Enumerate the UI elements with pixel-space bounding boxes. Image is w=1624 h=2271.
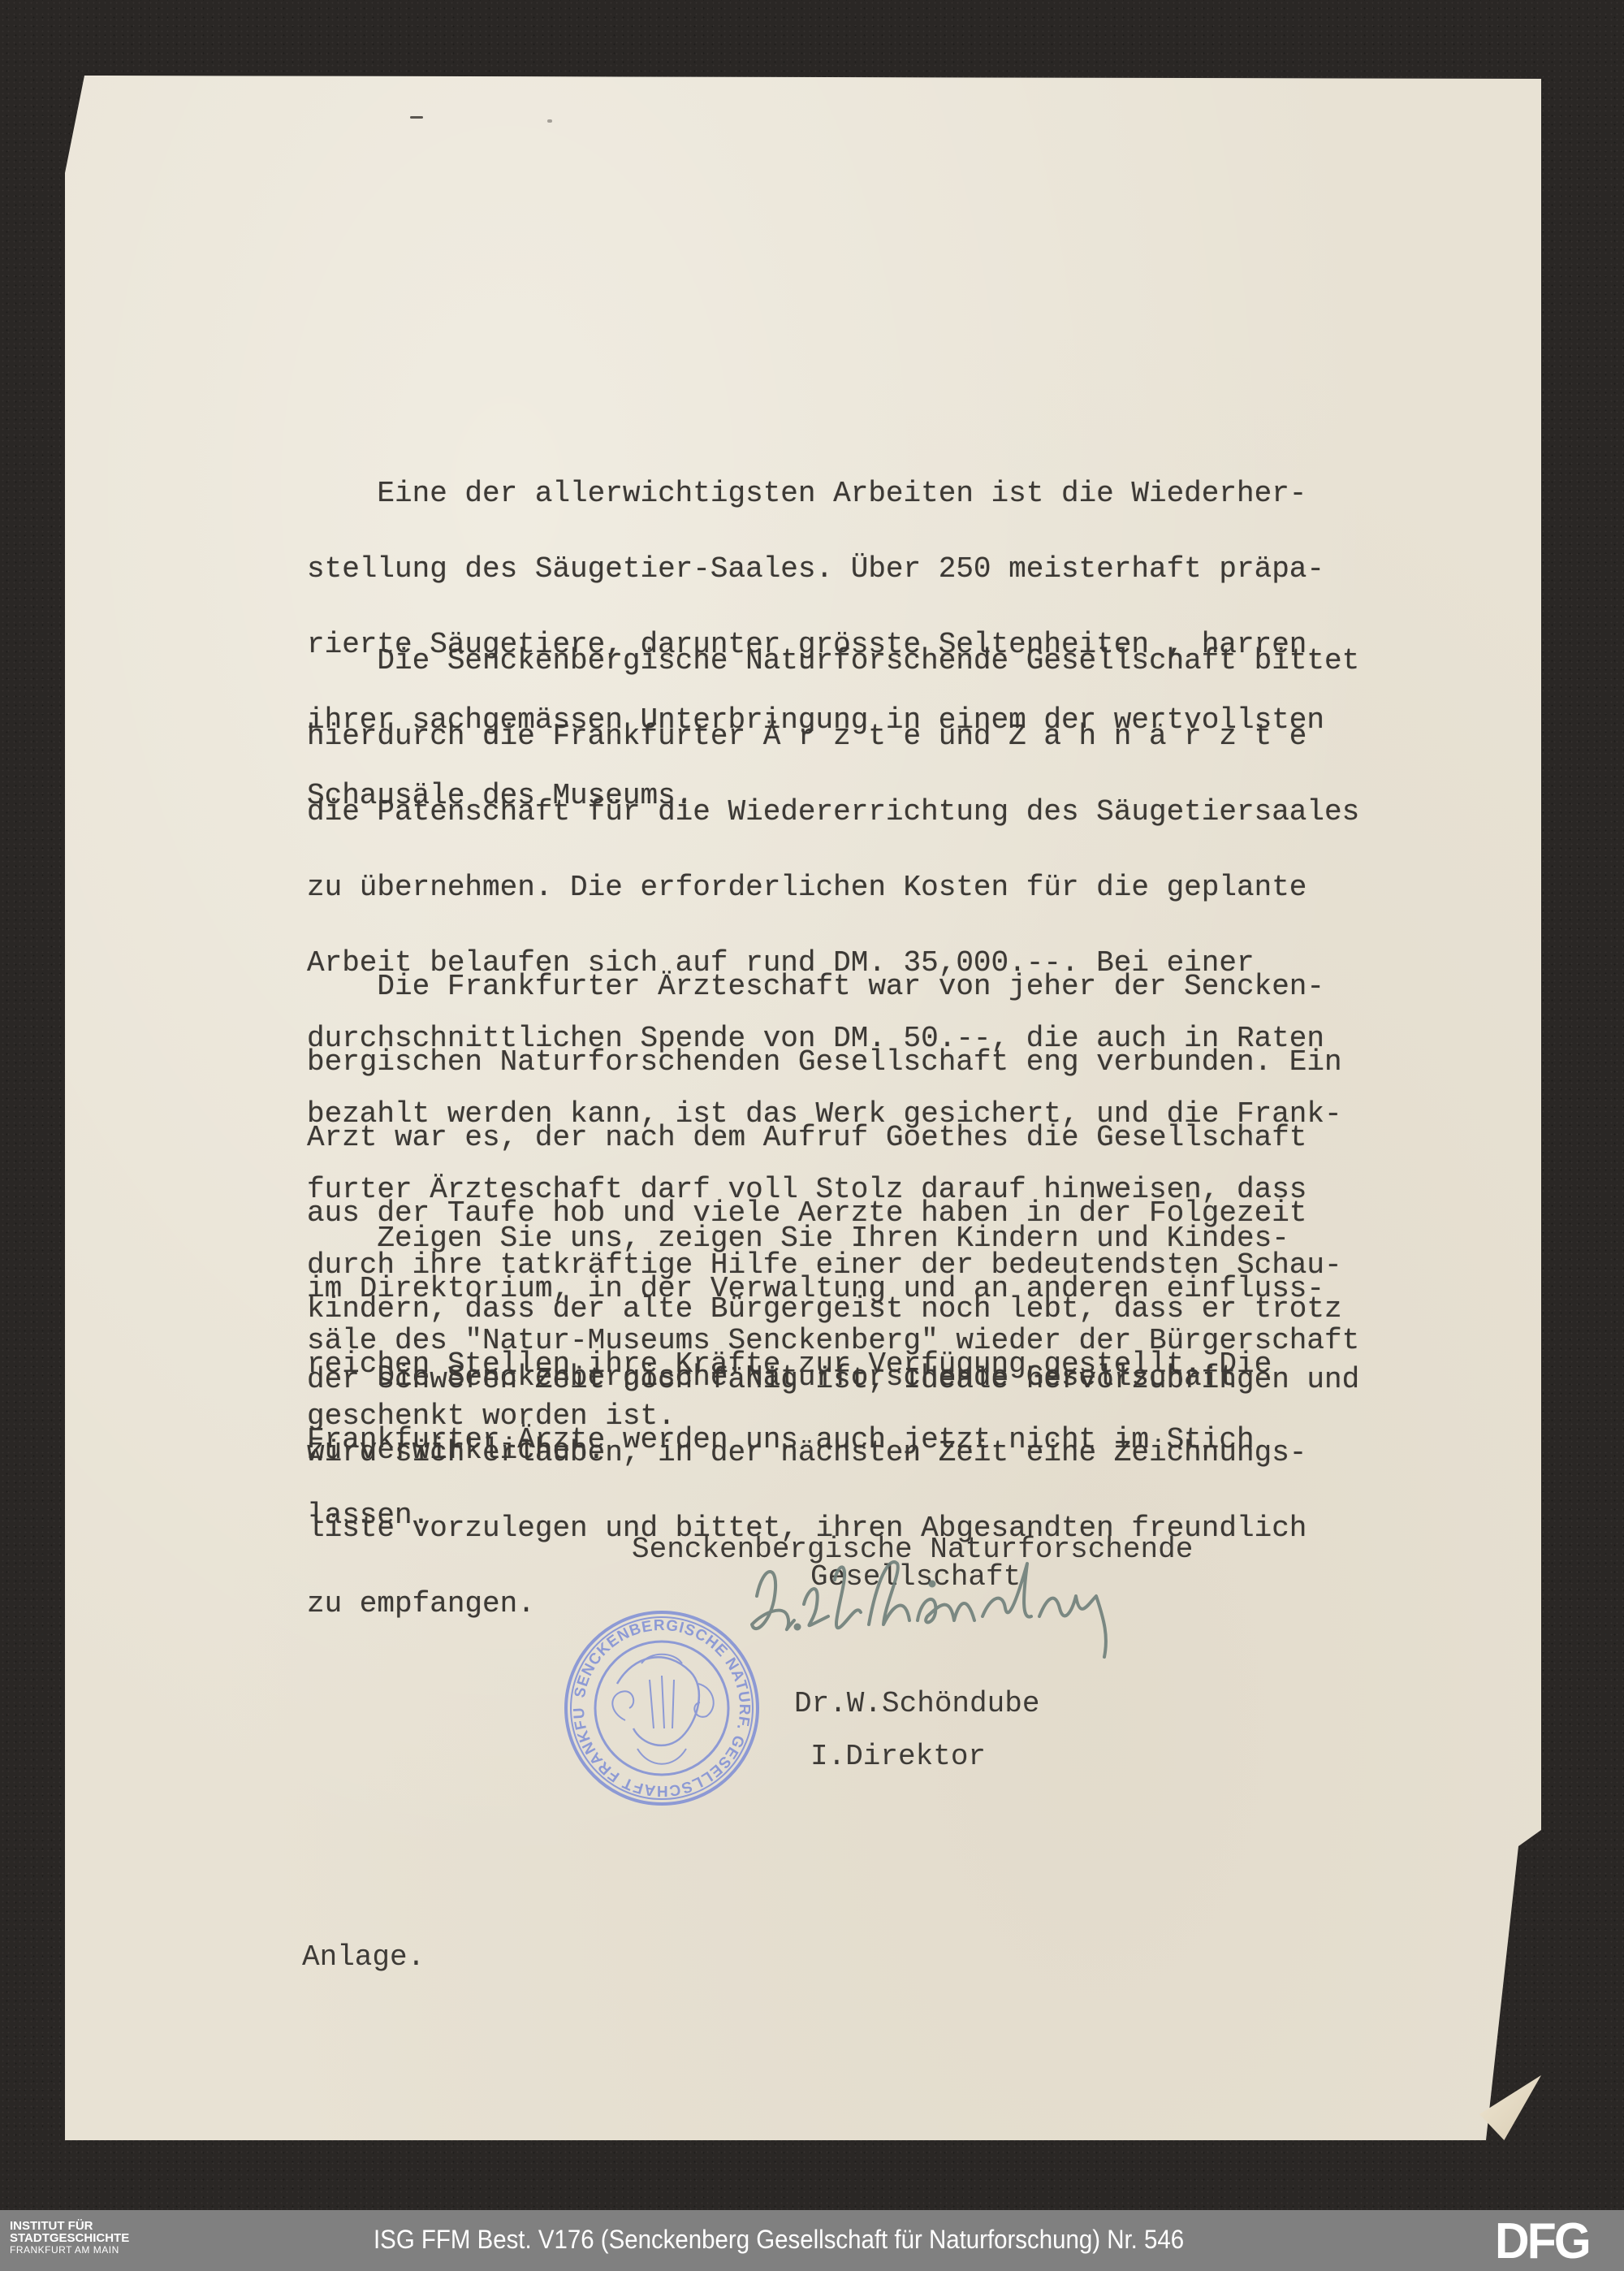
text-line: die Patenschaft für die Wiedererrichtung… — [307, 799, 1359, 824]
text-line: Arzt war es, der nach dem Aufruf Goethes… — [307, 1125, 1342, 1150]
archive-reference-title: ISG FFM Best. V176 (Senckenberg Gesellsc… — [374, 2223, 1184, 2256]
institution-name-line1: INSTITUT FÜR — [10, 2220, 129, 2232]
dfg-logo: DFG — [1495, 2218, 1589, 2265]
signatory-title: I.Direktor — [810, 1684, 986, 1799]
text-line: Die Senckenbergische Naturforschende Ges… — [307, 648, 1359, 673]
text-line: hierdurch die Frankfurter Ä r z t e und … — [307, 724, 1359, 749]
text-line: Die Senckenbergische Naturforschende Ges… — [307, 1365, 1307, 1390]
text-line: zu übernehmen. Die erforderlichen Kosten… — [307, 875, 1359, 900]
institution-seal-stamp: SENCKENBERGISCHE NATURF. GESELLSCHAFT FR… — [560, 1607, 763, 1810]
enclosure-text: Anlage. — [302, 1943, 425, 1970]
enclosure-note: Anlage. — [302, 1884, 425, 2000]
text-line: stellung des Säugetier-Saales. Über 250 … — [307, 556, 1324, 582]
institution-location: FRANKFURT AM MAIN — [10, 2244, 129, 2256]
text-line: bergischen Naturforschenden Gesellschaft… — [307, 1049, 1342, 1075]
signatory-title-text: I.Direktor — [810, 1742, 986, 1770]
paper-speck — [547, 119, 552, 123]
archive-footer: INSTITUT FÜR STADTGESCHICHTE FRANKFURT A… — [0, 2210, 1624, 2271]
text-line: wird sich erlauben, in der nächsten Zeit… — [307, 1440, 1307, 1465]
paper-speck — [410, 116, 423, 119]
text-line: Die Frankfurter Ärzteschaft war von jehe… — [307, 974, 1342, 999]
text-line: Zeigen Sie uns, zeigen Sie Ihren Kindern… — [307, 1226, 1359, 1250]
institution-name-line2: STADTGESCHICHTE — [10, 2232, 129, 2244]
isg-institution-logo: INSTITUT FÜR STADTGESCHICHTE FRANKFURT A… — [10, 2220, 129, 2256]
text-line: Eine der allerwichtigsten Arbeiten ist d… — [307, 481, 1324, 506]
